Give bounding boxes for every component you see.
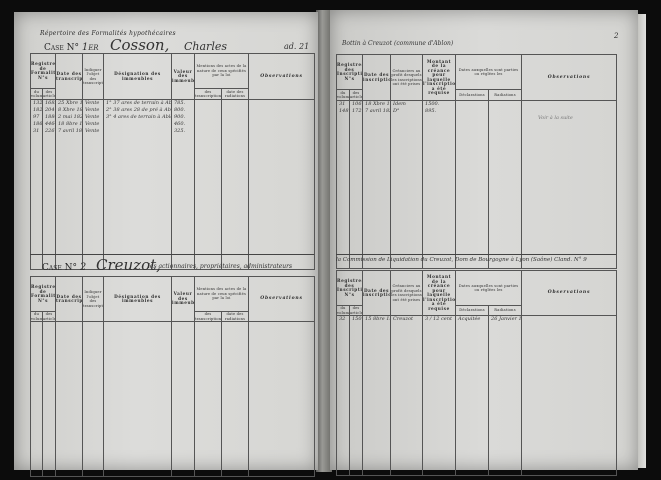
table-row bbox=[31, 322, 315, 477]
table-row: 1321829718631 168220418804464226 25 Xbre… bbox=[31, 100, 315, 270]
transcriptions-table-case-2: Registres de Formalités N°s Date des tra… bbox=[30, 276, 315, 477]
col-mentions: Mentions des actes de la nature de ceux … bbox=[195, 54, 249, 89]
table-row: 32 150 15 8bre 1801 Creuzot 3 / 12 cent … bbox=[337, 316, 617, 476]
col-date: Date des transcriptions bbox=[56, 54, 83, 100]
col-transcriptions: des transcriptions bbox=[195, 89, 222, 100]
col-valeur: Valeur des immeubles bbox=[172, 54, 195, 100]
col-designation: Désignation des immeubles bbox=[104, 54, 172, 100]
left-page: Répertoire des Formalités hypothécaires … bbox=[14, 12, 318, 470]
table-row: 31148 106172 18 Xbre 18037 avril 1829 Id… bbox=[337, 101, 617, 269]
owner-first-name: Charles bbox=[184, 40, 227, 53]
right-page: 2 Bottin à Creuzot (commune d'Ablon) Reg… bbox=[330, 10, 638, 470]
page-number: 2 bbox=[614, 32, 618, 40]
right-header-note-1: Bottin à Creuzot (commune d'Ablon) bbox=[342, 40, 453, 47]
owner-name: Cosson, bbox=[110, 36, 169, 54]
section-divider bbox=[30, 254, 314, 255]
case-number-2: 2 bbox=[80, 262, 86, 273]
col-observations: Observations bbox=[249, 54, 315, 100]
col-registres: Registres de Formalités N°s bbox=[31, 54, 56, 89]
case-label-2: Case N° 2 bbox=[42, 262, 86, 273]
section-divider bbox=[336, 254, 616, 255]
case-number: 1er bbox=[82, 42, 99, 53]
right-header-note-2: la Commission de Liquidation du Creuzot,… bbox=[336, 257, 587, 263]
owner-description-2: les actionnaires, propriétaires, adminis… bbox=[148, 263, 292, 270]
transcriptions-table-case-1: Registres de Formalités N°s Date des tra… bbox=[30, 53, 315, 270]
inscriptions-table-case-1: Registres des Inscriptions N°s Date des … bbox=[336, 54, 617, 269]
col-radiations: date des radiations bbox=[222, 89, 249, 100]
inscriptions-table-case-2: Registres des Inscriptions N°s Date des … bbox=[336, 270, 617, 476]
col-objet: Indiquer l'objet des transcriptions bbox=[83, 54, 104, 100]
col-articles: des articles bbox=[43, 89, 56, 100]
margin-note: ad. 21 bbox=[284, 42, 309, 51]
case-label: Case N° 1er bbox=[44, 42, 99, 53]
col-volume: du volume bbox=[31, 89, 43, 100]
